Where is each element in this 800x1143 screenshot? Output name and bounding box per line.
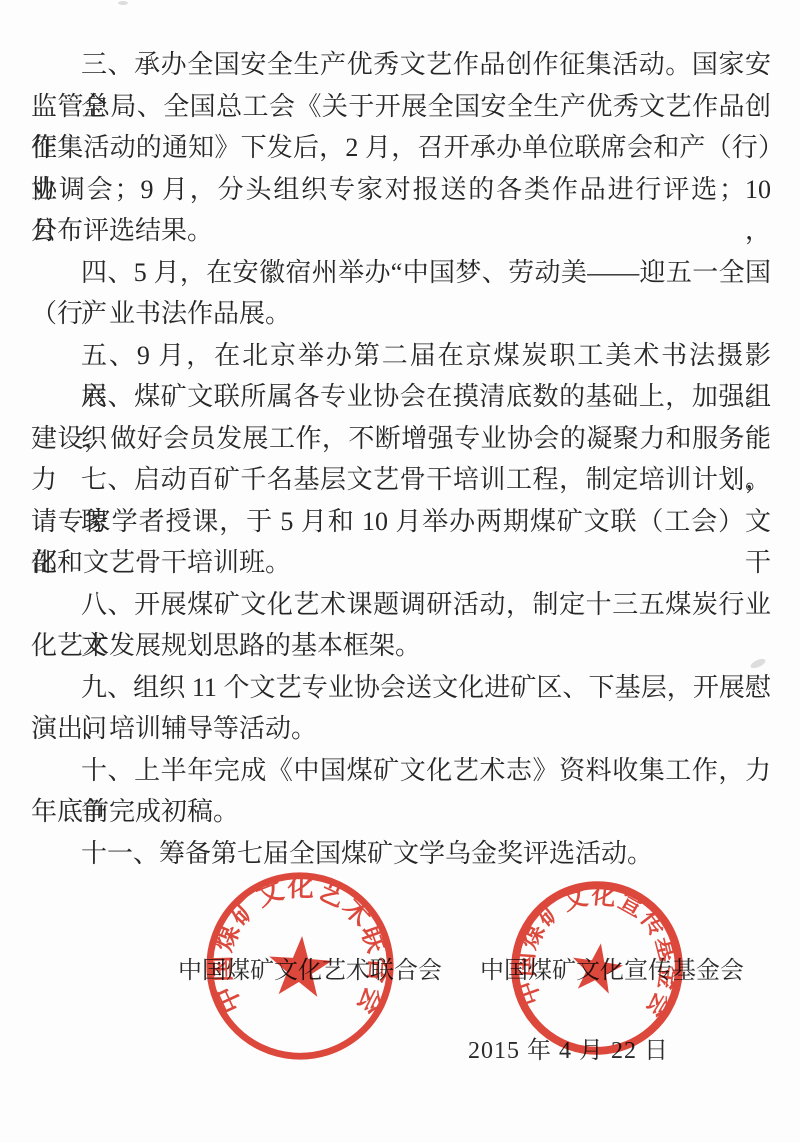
text-line: 五、9 月，在北京举办第二届在京煤炭职工美术书法摄影展。: [31, 335, 771, 377]
star-icon: [267, 934, 334, 998]
text-line: 建设，做好会员发展工作，不断增强专业协会的凝聚力和服务能力。: [31, 418, 771, 460]
text-line: 请专家学者授课，于 5 月和 10 月举办两期煤矿文联（工会）文化干: [31, 501, 771, 543]
official-seal-right: 中国煤矿文化宣传基金会: [494, 861, 699, 1075]
text-line: 监管总局、全国总工会《关于开展全国安全生产优秀文艺作品创作: [31, 86, 771, 128]
text-line: 六、煤矿文联所属各专业协会在摸清底数的基础上，加强组织: [31, 376, 771, 418]
text-line: 演出、培训辅导等活动。: [31, 708, 771, 750]
text-line: 十一、筹备第七届全国煤矿文学乌金奖评选活动。: [31, 833, 771, 875]
text-line: （行）业书法作品展。: [31, 293, 771, 335]
text-line: 化艺术发展规划思路的基本框架。: [31, 625, 771, 667]
official-seal-left: 中国煤矿文化艺术联合会: [195, 862, 404, 1069]
text-line: 十、上半年完成《中国煤矿文化艺术志》资料收集工作，力争: [31, 750, 771, 792]
text-line: 征集活动的通知》下发后，2 月，召开承办单位联席会和产（行）业: [31, 127, 771, 169]
text-line: 九、组织 11 个文艺专业协会送文化进矿区、下基层，开展慰问: [31, 667, 771, 709]
scan-artifact: [118, 1, 128, 5]
text-line: 年底前完成初稿。: [31, 791, 771, 833]
text-line: 三、承办全国安全生产优秀文艺作品创作征集活动。国家安全: [31, 44, 771, 86]
document-body: 三、承办全国安全生产优秀文艺作品创作征集活动。国家安全监管总局、全国总工会《关于…: [31, 44, 771, 874]
text-line: 四、5 月，在安徽宿州举办“中国梦、劳动美——迎五一全国产: [31, 252, 771, 294]
text-line: 协调会；9 月，分头组织专家对报送的各类作品进行评选；10 月，: [31, 169, 771, 211]
star-icon: [568, 939, 626, 995]
text-line: 八、开展煤矿文化艺术课题调研活动，制定十三五煤炭行业文: [31, 584, 771, 626]
document-page: 三、承办全国安全生产优秀文艺作品创作征集活动。国家安全监管总局、全国总工会《关于…: [0, 0, 800, 1143]
text-line: 七、启动百矿千名基层文艺骨干培训工程，制定培训计划，聘: [31, 459, 771, 501]
